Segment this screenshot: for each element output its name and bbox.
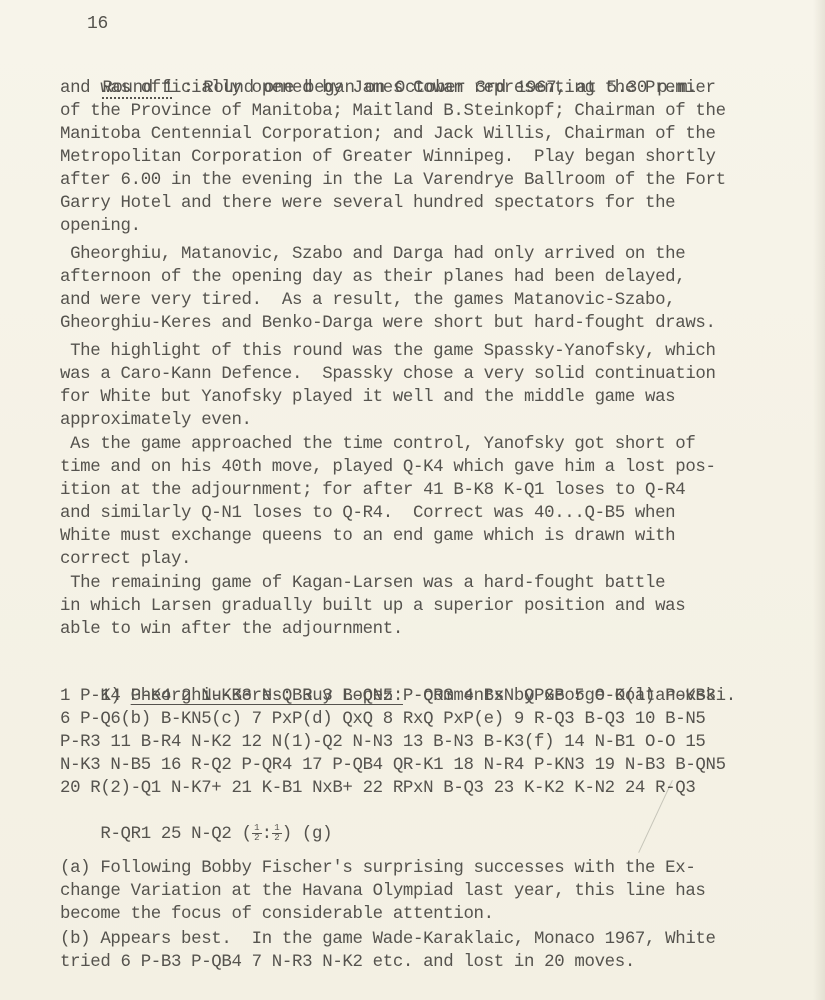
report-line: The highlight of this round was the game… xyxy=(60,340,716,363)
report-line: opening. xyxy=(60,215,141,238)
report-line: Manitoba Centennial Corporation; and Jac… xyxy=(60,123,716,146)
report-line: time and on his 40th move, played Q-K4 w… xyxy=(60,456,716,479)
note-line: become the focus of considerable attenti… xyxy=(60,903,494,926)
report-line: Gheorghiu-Keres and Benko-Darga were sho… xyxy=(60,312,716,335)
page-edge-shadow xyxy=(813,0,825,1000)
round-heading-line: Round 1 : Round one began on October 3rd… xyxy=(62,54,697,77)
page-number: 16 xyxy=(87,14,108,34)
report-line: Garry Hotel and there were several hundr… xyxy=(60,192,675,215)
report-line: As the game approached the time control,… xyxy=(60,433,695,456)
report-line: and was officially opened by James Cowan… xyxy=(60,77,716,100)
note-line: change Variation at the Havana Olympiad … xyxy=(60,880,706,903)
report-line: correct play. xyxy=(60,548,191,571)
note-line: (b) Appears best. In the game Wade-Karak… xyxy=(60,928,716,951)
report-line: for White but Yanofsky played it well an… xyxy=(60,386,675,409)
moves-line: 20 R(2)-Q1 N-K7+ 21 K-B1 NxB+ 22 RPxN B-… xyxy=(60,777,695,800)
moves-line: P-R3 11 B-R4 N-K2 12 N(1)-Q2 N-N3 13 B-N… xyxy=(60,731,706,754)
moves-final-line: R-QR1 25 N-Q2 (12:12) (g) xyxy=(60,800,332,823)
report-line: afternoon of the opening day as their pl… xyxy=(60,266,685,289)
report-line: Gheorghiu, Matanovic, Szabo and Darga ha… xyxy=(60,243,685,266)
report-line: White must exchange queens to an end gam… xyxy=(60,525,675,548)
document-page: 16 Round 1 : Round one began on October … xyxy=(0,0,825,1000)
report-line: and were very tired. As a result, the ga… xyxy=(60,289,675,312)
half-fraction: 12 xyxy=(252,824,262,843)
note-line: tried 6 P-B3 P-QB4 7 N-R3 N-K2 etc. and … xyxy=(60,951,635,974)
report-line: and similarly Q-N1 loses to Q-R4. Correc… xyxy=(60,502,675,525)
report-line: able to win after the adjournment. xyxy=(60,618,403,641)
report-line: approximately even. xyxy=(60,409,252,432)
moves-line: 6 P-Q6(b) B-KN5(c) 7 PxP(d) QxQ 8 RxQ Px… xyxy=(60,708,706,731)
report-line: Metropolitan Corporation of Greater Winn… xyxy=(60,146,716,169)
report-line: ition at the adjournment; for after 41 B… xyxy=(60,479,685,502)
final-moves: R-QR1 25 N-Q2 ( xyxy=(100,825,251,844)
report-line: The remaining game of Kagan-Larsen was a… xyxy=(60,572,665,595)
report-line: was a Caro-Kann Defence. Spassky chose a… xyxy=(60,363,716,386)
moves-line: 1 P-K4 P-K4 2 N-KB3 N-QB3 3 B-QN5 P-QR3 … xyxy=(60,685,716,708)
report-line: after 6.00 in the evening in the La Vare… xyxy=(60,169,726,192)
half-fraction: 12 xyxy=(272,824,282,843)
report-line: in which Larsen gradually built up a sup… xyxy=(60,595,685,618)
moves-line: N-K3 N-B5 16 R-Q2 P-QR4 17 P-QB4 QR-K1 1… xyxy=(60,754,726,777)
game-heading-line: 1) Gheorghiu-Keres: Ruy Lopez: comments … xyxy=(60,662,736,685)
report-line: of the Province of Manitoba; Maitland B.… xyxy=(60,100,726,123)
note-line: (a) Following Bobby Fischer's surprising… xyxy=(60,857,695,880)
